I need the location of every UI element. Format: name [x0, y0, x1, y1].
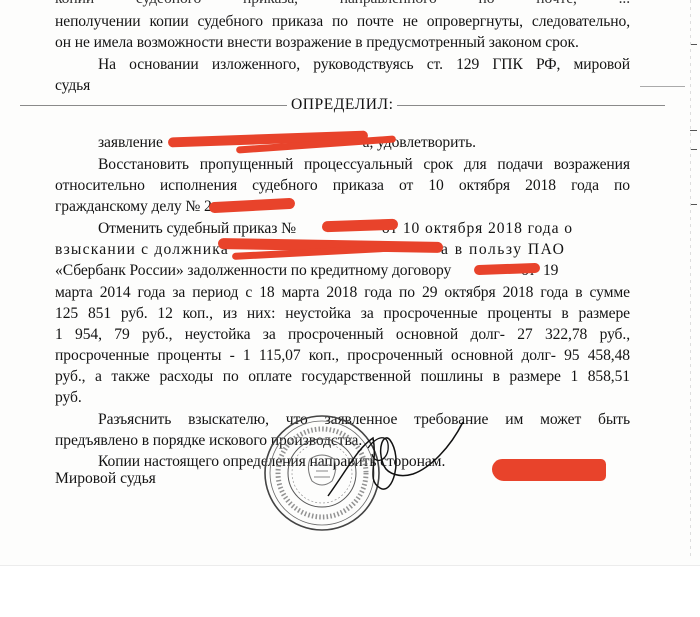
- scan-artifact-line: [640, 86, 685, 87]
- scan-edge-mark: [690, 130, 697, 131]
- ruling-paragraph-2-line-1: Восстановить пропущенный процессуальный …: [98, 155, 630, 175]
- preamble-line-2: он не имела возможности внести возражени…: [55, 33, 630, 53]
- p3-l1-suffix: от 10 октября 2018 года о: [382, 220, 573, 237]
- ruling-paragraph-3-line-4: марта 2014 года за период с 18 марта 201…: [55, 283, 630, 303]
- ruling-paragraph-3-line-3: «Сбербанк России» задолженности по креди…: [55, 261, 630, 281]
- ruling-heading-row: ОПРЕДЕЛИЛ:: [0, 95, 700, 115]
- ruling-paragraph-2-line-3: гражданскому делу № 2-: [55, 197, 630, 217]
- ruling-paragraph-3-line-6: 1 954, 79 руб., неустойка за просроченны…: [55, 325, 630, 345]
- scan-edge-mark: [690, 44, 697, 45]
- preamble-line-3: На основании изложенного, руководствуясь…: [98, 55, 630, 75]
- ruling-paragraph-3-line-7: просроченные проценты - 1 115,07 коп., п…: [55, 346, 630, 366]
- cut-off-line: копии судебного приказа, направленного п…: [55, 0, 630, 9]
- handwritten-signature-icon: [318, 418, 468, 508]
- p3-l2-prefix: взыскании с должника: [55, 241, 229, 258]
- ruling-paragraph-3-line-9: руб.: [55, 388, 630, 408]
- scan-edge-mark: [690, 204, 697, 205]
- preamble-line-1: неполучении копии судебного приказа по п…: [55, 12, 630, 32]
- p3-l2-suffix: а в пользу ПАО: [441, 241, 565, 258]
- p3-l1-prefix: Отменить судебный приказ №: [98, 220, 296, 237]
- scan-edge-mark: [690, 149, 697, 150]
- scanned-document-page: копии судебного приказа, направленного п…: [0, 0, 700, 566]
- preamble-line-4: судья: [55, 76, 630, 96]
- signature-label: Мировой судья: [55, 469, 156, 489]
- redaction-judge-name: [492, 459, 606, 481]
- scan-page-edge: [690, 0, 691, 560]
- ruling-heading: ОПРЕДЕЛИЛ:: [287, 95, 397, 115]
- p1-prefix: заявление: [98, 134, 163, 151]
- p3-l3-prefix: «Сбербанк России» задолженности по креди…: [55, 262, 451, 279]
- ruling-paragraph-3-line-5: 125 851 руб. 12 коп., из них: неустойка …: [55, 304, 630, 324]
- ruling-paragraph-2-line-2: относительно исполнения судебного приказ…: [55, 176, 630, 196]
- ruling-paragraph-3-line-8: руб., а также расходы по оплате государс…: [55, 367, 630, 387]
